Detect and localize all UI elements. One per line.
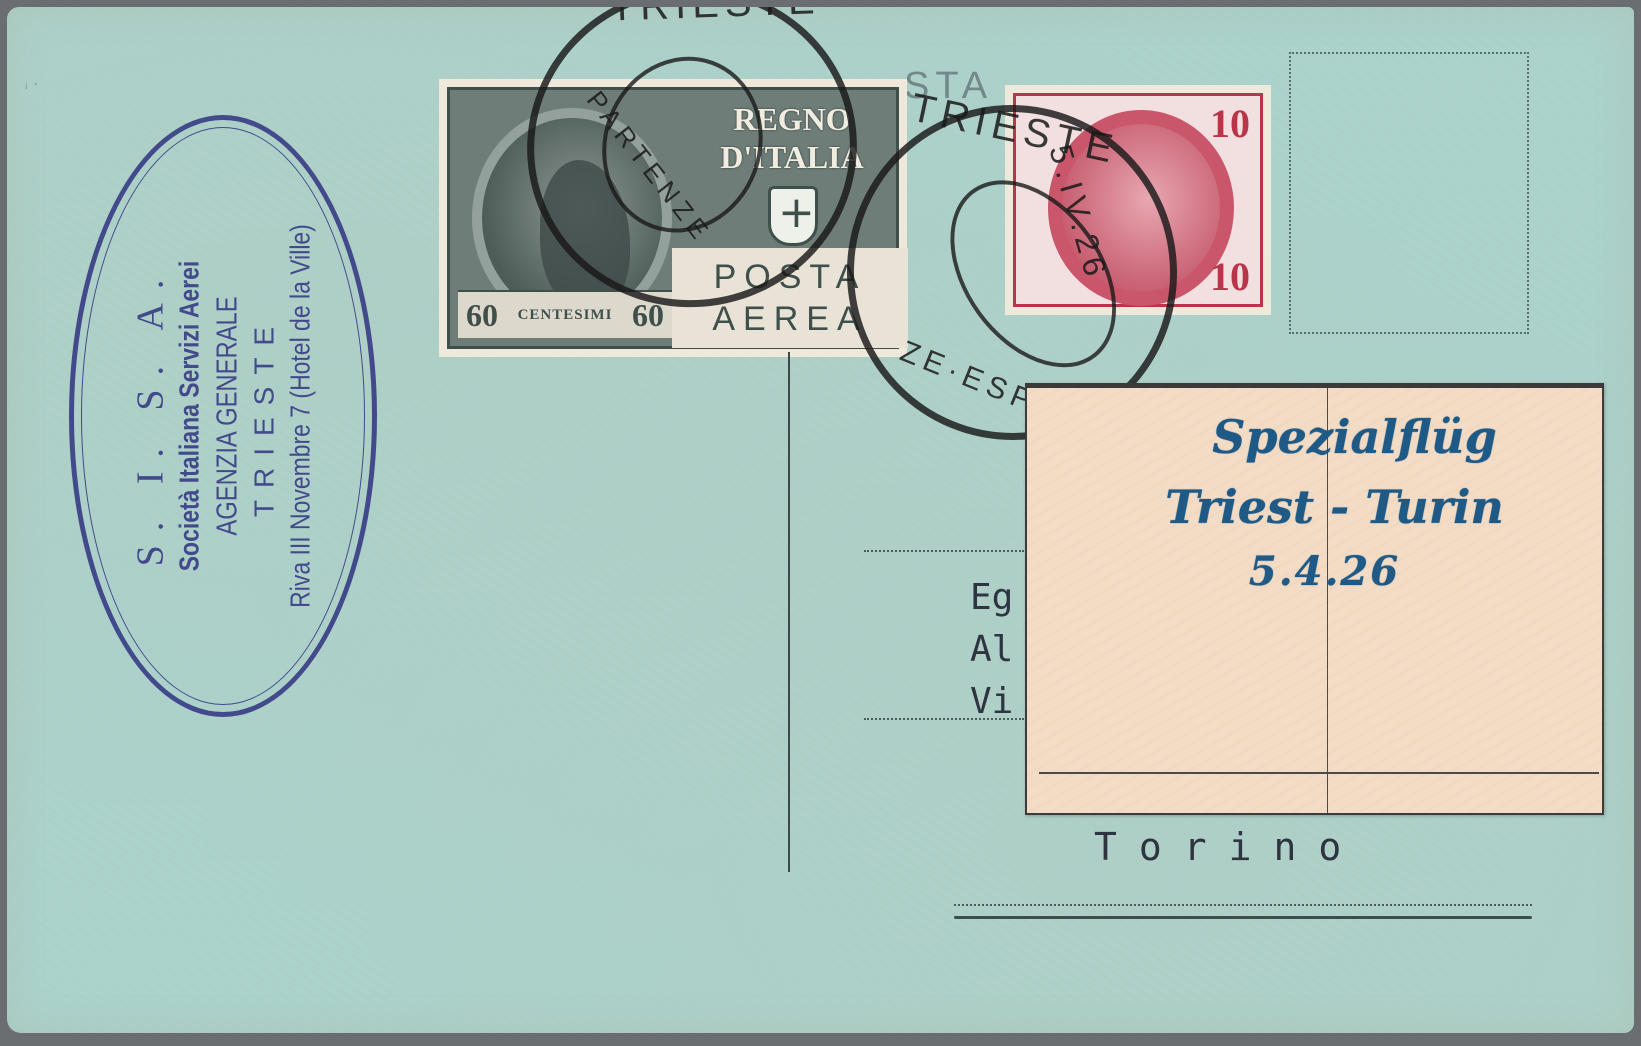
agency-city: TRIESTE <box>251 136 279 696</box>
stamp-country: REGNO D'ITALIA <box>682 100 902 176</box>
agency-oval-handstamp: S. I. S. A. Società Italiana Servizi Aer… <box>69 115 377 717</box>
printed-header-faint: STA <box>904 65 993 108</box>
typed-address-lines: Eg Al Vi <box>970 572 1013 728</box>
address-line-1: Eg <box>970 572 1013 624</box>
address-line-3: Vi <box>970 676 1013 728</box>
agency-address: Riva III Novembre 7 (Hotel de la Ville) <box>287 186 315 645</box>
message-address-divider <box>788 352 790 872</box>
label-flight-type: Spezialflüg <box>1067 410 1634 464</box>
address-underline <box>954 916 1532 919</box>
agency-acronym: S. I. S. A. <box>132 136 170 696</box>
label-route: Triest - Turin <box>1047 480 1622 534</box>
stamp-currency: CENTESIMI <box>518 307 613 324</box>
posta-aerea-panel: POSTA AEREA <box>672 248 908 348</box>
label-horizontal-rule <box>1039 772 1599 774</box>
stamp-value-bottom: 10 <box>1210 253 1250 300</box>
stamp-value-top: 10 <box>1210 100 1250 147</box>
stray-ink-mark: ᵢ· <box>25 77 44 93</box>
king-profile-icon <box>540 160 630 310</box>
savoy-cross-shield-icon <box>768 186 818 246</box>
agency-stamp-text: S. I. S. A. Società Italiana Servizi Aer… <box>132 136 315 696</box>
stamp-value-left: 60 <box>466 297 498 334</box>
stamp-placement-box <box>1289 52 1529 334</box>
manuscript-flight-label: Spezialflüg Triest - Turin 5.4.26 <box>1025 383 1604 815</box>
definitive-stamp-10c: 10 10 <box>1005 85 1271 315</box>
label-date: 5.4.26 <box>1037 548 1612 595</box>
typed-city: Torino <box>1094 825 1363 869</box>
address-line-2: Al <box>970 624 1013 676</box>
address-dotted-line-1 <box>864 550 1024 552</box>
postcard: ᵢ· S. I. S. A. Società Italiana Servizi … <box>7 7 1634 1033</box>
postmark-top-text: TRIESTE <box>609 7 821 31</box>
agency-office: AGENZIA GENERALE <box>214 186 243 645</box>
stamp-value-bar: 60 CENTESIMI 60 <box>458 290 672 338</box>
agency-full-name: Società Italiana Servizi Aerei <box>176 186 204 645</box>
airmail-stamp-60c: REGNO D'ITALIA POSTA AEREA 60 CENTESIMI … <box>439 79 907 357</box>
stamp-value-right: 60 <box>632 297 664 334</box>
king-portrait-oval <box>1048 110 1234 306</box>
address-dotted-line-3 <box>954 904 1532 906</box>
